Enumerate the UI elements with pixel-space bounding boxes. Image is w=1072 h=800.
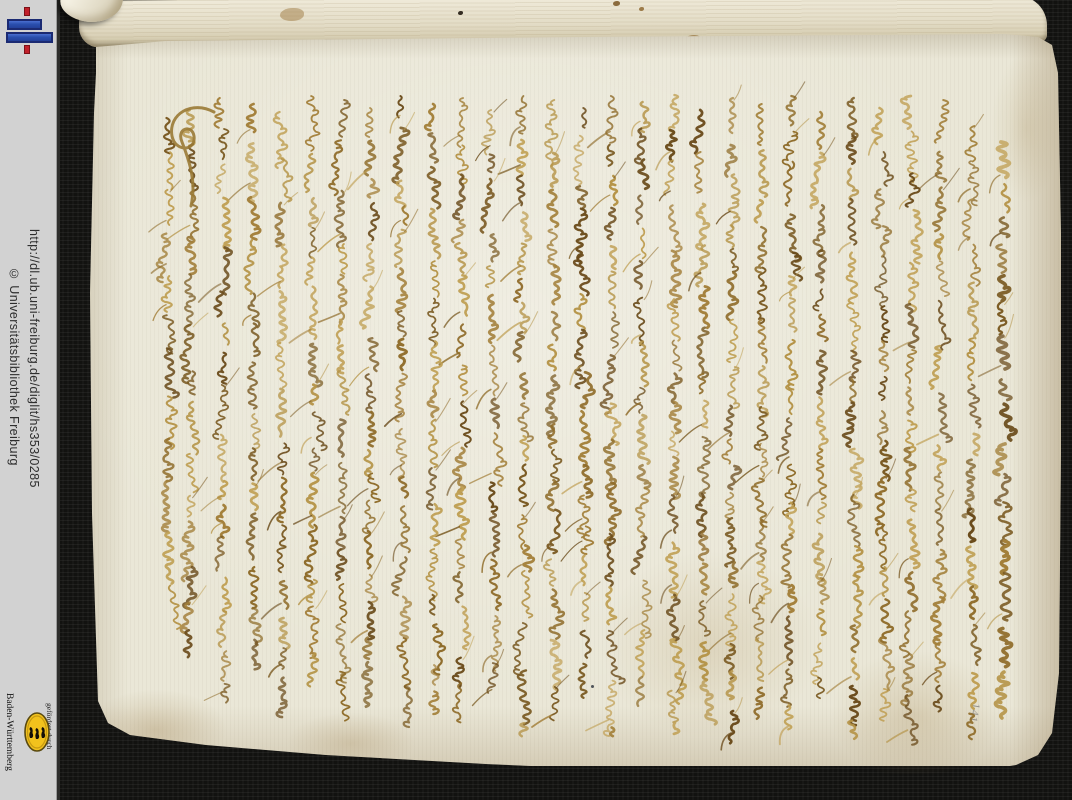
logo-red-bar (24, 7, 30, 16)
source-url: http://dl.ub.uni-freiburg.de/diglit/hs35… (27, 229, 41, 488)
baden-wuerttemberg-arms-icon (23, 711, 51, 753)
manuscript-page: 141 (86, 33, 1063, 766)
funding-region: Baden-Württemberg (4, 693, 14, 771)
logo-red-bar (24, 45, 30, 54)
edge-stain (991, 53, 1061, 203)
frame-sidebar: http://dl.ub.uni-freiburg.de/diglit/hs35… (0, 0, 57, 800)
ub-freiburg-logo-icon (0, 0, 57, 60)
logo-blue-bar (6, 32, 53, 43)
logo-blue-bar (7, 19, 42, 30)
backdrop-edge-shadow (57, 0, 60, 800)
copyright-notice: © Universitätsbibliothek Freiburg (7, 267, 21, 466)
dark-speck (458, 11, 463, 15)
ink-speck (639, 7, 644, 11)
pencil-folio-number: 141 (966, 702, 981, 724)
stain-speck (280, 8, 304, 21)
water-stain (600, 550, 820, 740)
digitized-manuscript-viewer: 141 http://dl.ub.uni-freiburg.de/diglit/… (0, 0, 1072, 800)
ink-speck (613, 1, 620, 6)
ink-fleck (591, 685, 594, 688)
